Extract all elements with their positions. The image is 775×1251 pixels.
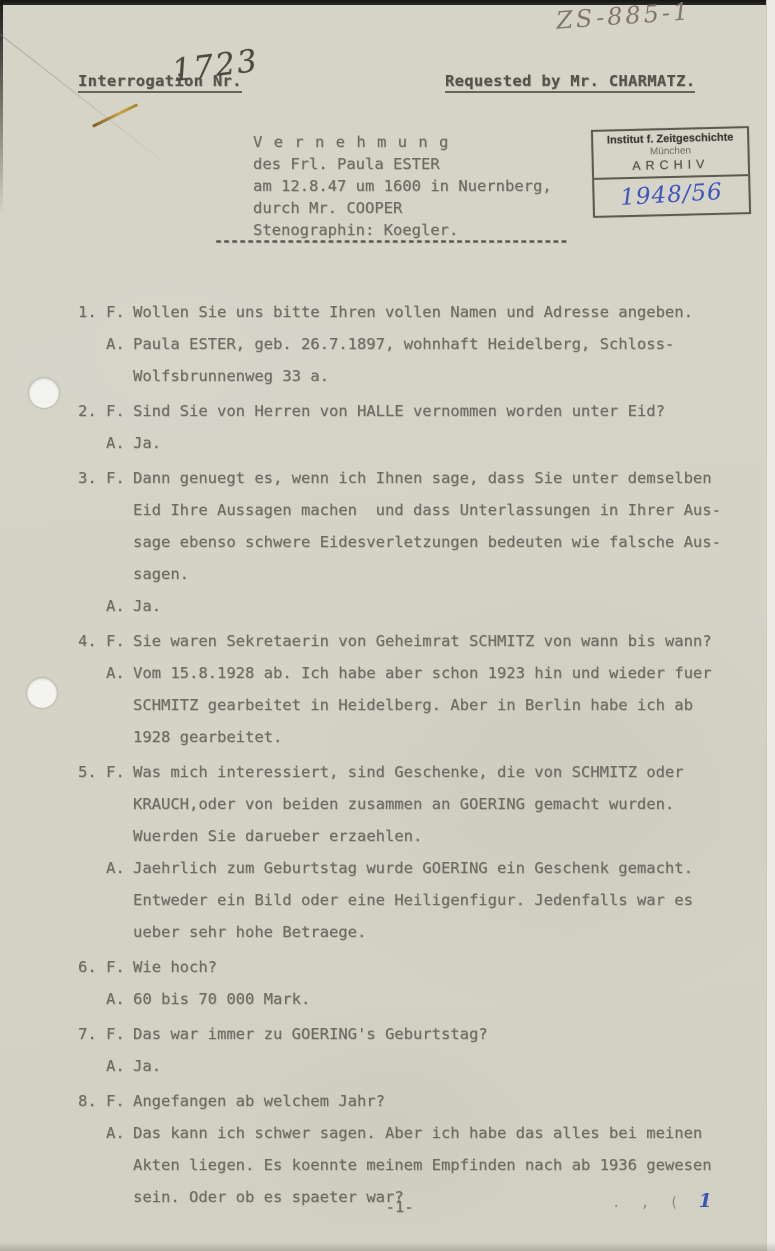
hole-punch-bottom	[27, 678, 57, 708]
scan-left-edge	[0, 0, 3, 215]
qa-row: KRAUCH,oder von beiden zusammen an GOERI…	[78, 788, 738, 820]
qa-prefix: F.	[106, 625, 133, 657]
qa-text: 1928 gearbeitet.	[133, 721, 282, 753]
qa-prefix: A.	[106, 657, 133, 689]
qa-number	[78, 1050, 106, 1082]
qa-text: Jaehrlich zum Geburtstag wurde GOERING e…	[133, 852, 693, 884]
corner-marks-faint: . , (	[612, 1195, 699, 1211]
qa-prefix: A.	[106, 1117, 133, 1149]
qa-row: A.Das kann ich schwer sagen. Aber ich ha…	[78, 1117, 738, 1149]
qa-prefix	[106, 721, 133, 753]
qa-number: 8.	[78, 1085, 106, 1117]
qa-number	[78, 657, 106, 689]
scan-bottom-shadow	[0, 1242, 775, 1251]
qa-row: 1.F.Wollen Sie uns bitte Ihren vollen Na…	[78, 296, 738, 328]
qa-text: Sind Sie von Herren von HALLE vernommen …	[133, 395, 665, 427]
qa-prefix	[106, 558, 133, 590]
qa-number	[78, 916, 106, 948]
qa-number: 7.	[78, 1018, 106, 1050]
qa-prefix: A.	[106, 983, 133, 1015]
qa-item: 7.F.Das war immer zu GOERING's Geburtsta…	[78, 1018, 738, 1082]
qa-text: 60 bis 70 000 Mark.	[133, 983, 310, 1015]
qa-prefix	[106, 884, 133, 916]
archive-stamp: Institut f. Zeitgeschichte München ARCHI…	[591, 126, 751, 218]
qa-number	[78, 526, 106, 558]
stamp-archiv-line: ARCHIV	[596, 156, 746, 174]
qa-row: 7.F.Das war immer zu GOERING's Geburtsta…	[78, 1018, 738, 1050]
hearing-title: V e r n e h m u n g	[253, 131, 552, 153]
qa-number	[78, 558, 106, 590]
qa-text: sagen.	[133, 558, 189, 590]
qa-number	[78, 884, 106, 916]
qa-item: 5.F.Was mich interessiert, sind Geschenk…	[78, 756, 738, 948]
qa-prefix: F.	[106, 1018, 133, 1050]
qa-number	[78, 689, 106, 721]
qa-item: 4.F.Sie waren Sekretaerin von Geheimrat …	[78, 625, 738, 753]
page-right-edge	[766, 0, 775, 1251]
qa-text: Akten liegen. Es koennte meinem Empfinde…	[133, 1149, 712, 1181]
qa-prefix	[106, 916, 133, 948]
qa-number	[78, 983, 106, 1015]
qa-text: Wie hoch?	[133, 951, 217, 983]
qa-row: Wuerden Sie darueber erzaehlen.	[78, 820, 738, 852]
qa-prefix	[106, 526, 133, 558]
requested-by-label: Requested by Mr. CHARMATZ.	[445, 72, 695, 93]
qa-prefix: F.	[106, 296, 133, 328]
qa-number: 1.	[78, 296, 106, 328]
qa-prefix: F.	[106, 395, 133, 427]
stamp-handwritten-number: 1948/56	[594, 173, 750, 218]
header-lines: des Frl. Paula ESTERam 12.8.47 um 1600 i…	[253, 153, 552, 241]
qa-item: 3.F.Dann genuegt es, wenn ich Ihnen sage…	[78, 462, 738, 622]
qa-row: A.Ja.	[78, 590, 738, 622]
qa-text: Sie waren Sekretaerin von Geheimrat SCHM…	[133, 625, 712, 657]
qa-row: 4.F.Sie waren Sekretaerin von Geheimrat …	[78, 625, 738, 657]
qa-text: KRAUCH,oder von beiden zusammen an GOERI…	[133, 788, 674, 820]
qa-row: A.Vom 15.8.1928 ab. Ich habe aber schon …	[78, 657, 738, 689]
qa-text: Vom 15.8.1928 ab. Ich habe aber schon 19…	[133, 657, 712, 689]
qa-text: Ja.	[133, 1050, 161, 1082]
handwritten-archive-code: ZS-885-1	[555, 0, 692, 35]
hearing-header-block: V e r n e h m u n g des Frl. Paula ESTER…	[253, 131, 552, 241]
qa-prefix: A.	[106, 427, 133, 459]
header-line: des Frl. Paula ESTER	[253, 153, 552, 175]
qa-prefix	[106, 494, 133, 526]
qa-text: Wolfsbrunnenweg 33 a.	[133, 360, 329, 392]
qa-number	[78, 852, 106, 884]
qa-text: Entweder ein Bild oder eine Heiligenfigu…	[133, 884, 693, 916]
qa-text: Ja.	[133, 427, 161, 459]
qa-prefix: A.	[106, 1050, 133, 1082]
qa-row: 3.F.Dann genuegt es, wenn ich Ihnen sage…	[78, 462, 738, 494]
qa-row: sage ebenso schwere Eidesverletzungen be…	[78, 526, 738, 558]
qa-prefix: A.	[106, 328, 133, 360]
qa-text: Was mich interessiert, sind Geschenke, d…	[133, 756, 684, 788]
qa-prefix	[106, 360, 133, 392]
qa-row: SCHMITZ gearbeitet in Heidelberg. Aber i…	[78, 689, 738, 721]
qa-prefix: F.	[106, 1085, 133, 1117]
handwritten-interrogation-number: 1723	[170, 43, 261, 89]
qa-text: ueber sehr hohe Betraege.	[133, 916, 366, 948]
qa-text: sage ebenso schwere Eidesverletzungen be…	[133, 526, 721, 558]
qa-row: 1928 gearbeitet.	[78, 721, 738, 753]
qa-number	[78, 427, 106, 459]
qa-text: Eid Ihre Aussagen machen und dass Unterl…	[133, 494, 721, 526]
qa-number	[78, 328, 106, 360]
qa-text: Das war immer zu GOERING's Geburtstag?	[133, 1018, 488, 1050]
qa-prefix: A.	[106, 590, 133, 622]
header-line: durch Mr. COOPER	[253, 197, 552, 219]
qa-row: Wolfsbrunnenweg 33 a.	[78, 360, 738, 392]
qa-number: 3.	[78, 462, 106, 494]
qa-row: Eid Ihre Aussagen machen und dass Unterl…	[78, 494, 738, 526]
qa-number	[78, 788, 106, 820]
qa-number	[78, 360, 106, 392]
qa-number	[78, 494, 106, 526]
qa-row: A.Ja.	[78, 427, 738, 459]
qa-text: Angefangen ab welchem Jahr?	[133, 1085, 385, 1117]
document-page: ZS-885-1 Interrogation Nr. 1723 Requeste…	[0, 0, 775, 1251]
qa-prefix	[106, 820, 133, 852]
qa-number: 5.	[78, 756, 106, 788]
qa-number: 4.	[78, 625, 106, 657]
qa-list: 1.F.Wollen Sie uns bitte Ihren vollen Na…	[78, 296, 738, 1216]
qa-text: Wollen Sie uns bitte Ihren vollen Namen …	[133, 296, 693, 328]
corner-marks: . , ( 1	[612, 1190, 712, 1212]
qa-row: A.60 bis 70 000 Mark.	[78, 983, 738, 1015]
qa-prefix: F.	[106, 951, 133, 983]
qa-number	[78, 1117, 106, 1149]
qa-number	[78, 721, 106, 753]
qa-prefix	[106, 1149, 133, 1181]
qa-text: Das kann ich schwer sagen. Aber ich habe…	[133, 1117, 702, 1149]
qa-prefix	[106, 689, 133, 721]
qa-number: 2.	[78, 395, 106, 427]
qa-text: Paula ESTER, geb. 26.7.1897, wohnhaft He…	[133, 328, 674, 360]
qa-text: Ja.	[133, 590, 161, 622]
qa-prefix: A.	[106, 852, 133, 884]
qa-text: SCHMITZ gearbeitet in Heidelberg. Aber i…	[133, 689, 693, 721]
qa-row: 2.F.Sind Sie von Herren von HALLE vernom…	[78, 395, 738, 427]
qa-text: Dann genuegt es, wenn ich Ihnen sage, da…	[133, 462, 712, 494]
header-line: am 12.8.47 um 1600 in Nuernberg,	[253, 175, 552, 197]
corner-mark-blue-one: 1	[699, 1190, 712, 1212]
archive-stamp-text: Institut f. Zeitgeschichte München ARCHI…	[593, 128, 748, 180]
qa-prefix	[106, 788, 133, 820]
qa-row: A.Jaehrlich zum Geburtstag wurde GOERING…	[78, 852, 738, 884]
qa-row: A.Ja.	[78, 1050, 738, 1082]
qa-row: Akten liegen. Es koennte meinem Empfinde…	[78, 1149, 738, 1181]
qa-row: 8.F.Angefangen ab welchem Jahr?	[78, 1085, 738, 1117]
qa-item: 2.F.Sind Sie von Herren von HALLE vernom…	[78, 395, 738, 459]
qa-prefix: F.	[106, 462, 133, 494]
hole-punch-top	[29, 378, 59, 408]
qa-number	[78, 820, 106, 852]
qa-item: 6.F.Wie hoch?A.60 bis 70 000 Mark.	[78, 951, 738, 1015]
qa-number	[78, 1149, 106, 1181]
qa-row: ueber sehr hohe Betraege.	[78, 916, 738, 948]
qa-row: 6.F.Wie hoch?	[78, 951, 738, 983]
qa-number: 6.	[78, 951, 106, 983]
paper-crease	[0, 18, 185, 179]
dashed-separator: ----------------------------------------…	[214, 232, 586, 250]
qa-item: 1.F.Wollen Sie uns bitte Ihren vollen Na…	[78, 296, 738, 392]
qa-row: A.Paula ESTER, geb. 26.7.1897, wohnhaft …	[78, 328, 738, 360]
qa-number	[78, 590, 106, 622]
qa-row: sagen.	[78, 558, 738, 590]
qa-prefix: F.	[106, 756, 133, 788]
qa-text: Wuerden Sie darueber erzaehlen.	[133, 820, 422, 852]
qa-row: Entweder ein Bild oder eine Heiligenfigu…	[78, 884, 738, 916]
qa-row: 5.F.Was mich interessiert, sind Geschenk…	[78, 756, 738, 788]
